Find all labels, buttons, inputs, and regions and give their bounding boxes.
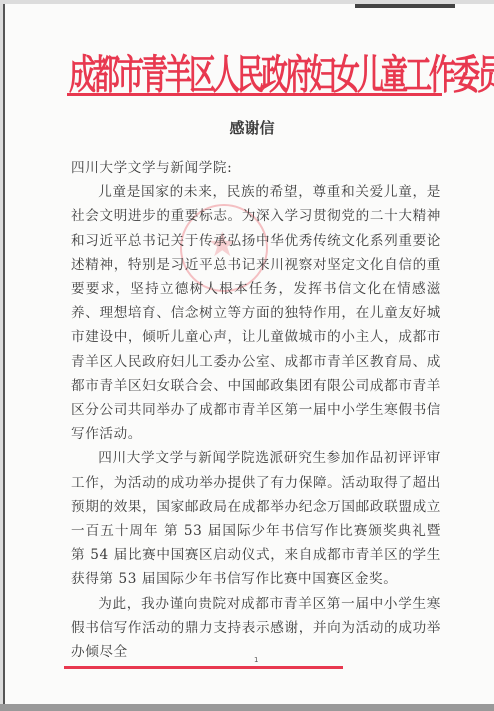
paragraph: 儿童是国家的未来，民族的希望，尊重和关爱儿童，是社会文明进步的重要标志。为深入学… (71, 180, 441, 446)
paragraph: 四川大学文学与新闻学院选派研究生参加作品初评评审工作，为活动的成功举办提供了有力… (71, 446, 441, 591)
paragraph: 为此，我办谨向贵院对成都市青羊区第一届中小学生寒假书信写作活动的鼎力支持表示感谢… (71, 592, 441, 665)
footer-red-rule (64, 666, 343, 669)
scan-edge-shadow (355, 4, 455, 8)
scan-bottom-edge (0, 704, 494, 711)
document-title: 感谢信 (5, 117, 494, 138)
page-number: 1 (254, 656, 258, 664)
issuer-header: 成都市青羊区人民政府妇女儿童工作委员会办公室 (69, 42, 441, 101)
header-red-rule (67, 93, 442, 96)
salutation: 四川大学文学与新闻学院: (71, 156, 441, 180)
letter-body: 四川大学文学与新闻学院: 儿童是国家的未来，民族的希望，尊重和关爱儿童，是社会文… (71, 156, 441, 664)
document-page: 成都市青羊区人民政府妇女儿童工作委员会办公室 感谢信 ★ 四川大学文学与新闻学院… (3, 4, 494, 706)
